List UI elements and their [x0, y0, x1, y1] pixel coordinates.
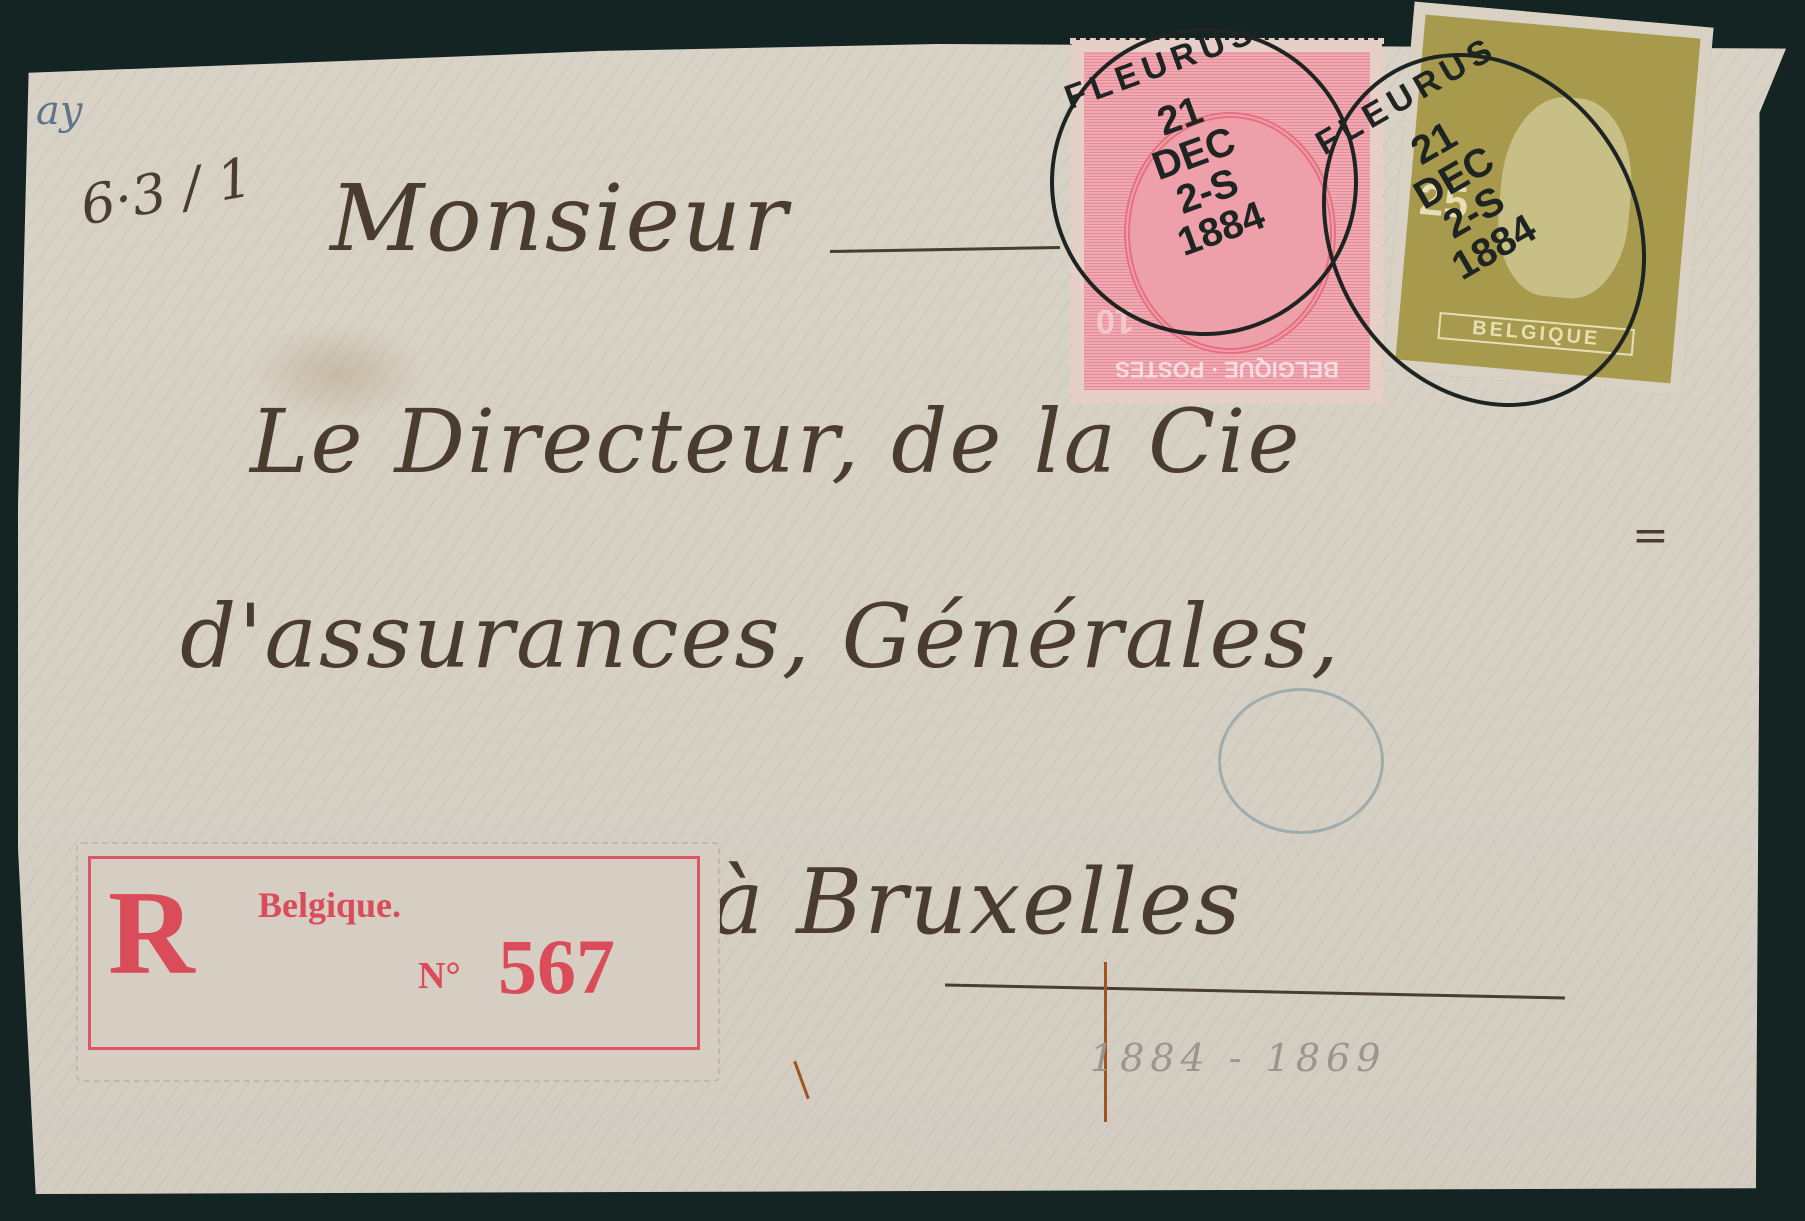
- stamp-legend: BELGIQUE · POSTES: [1084, 356, 1370, 382]
- address-line-1: Monsieur: [330, 165, 789, 272]
- address-line-2-mark: =: [1632, 510, 1671, 561]
- address-line-3: d'assurances, Générales,: [180, 585, 1341, 688]
- pencil-annotation: ay: [36, 88, 82, 134]
- label-country: Belgique.: [258, 884, 401, 926]
- address-line-4: à Bruxelles: [710, 850, 1242, 955]
- address-line-2: Le Directeur, de la Cie: [250, 390, 1302, 493]
- pencil-note: 1884 - 1869: [1090, 1036, 1386, 1080]
- label-number-prefix: N°: [418, 954, 461, 998]
- registration-label: R Belgique. N° 567: [76, 842, 720, 1082]
- registration-letter: R: [108, 864, 195, 1002]
- label-number: 567: [498, 922, 615, 1012]
- faint-handstamp: [1218, 688, 1384, 834]
